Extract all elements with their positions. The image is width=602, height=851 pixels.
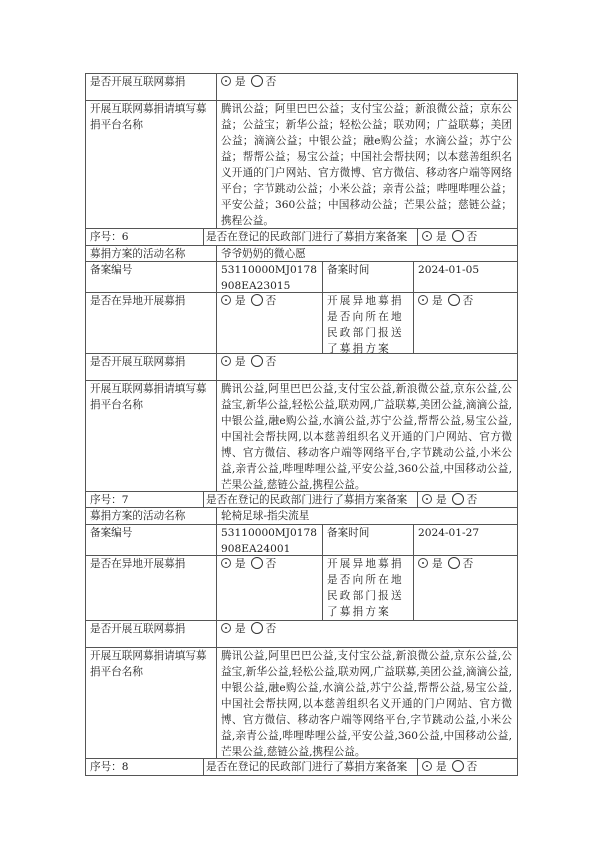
platform-label: 开展互联网募捐请填写募捐平台名称 — [85, 100, 216, 228]
table-border — [322, 524, 323, 620]
internet-fundraising-label: 是否开展互联网募捐 — [85, 73, 216, 100]
radio-no-label: 否 — [463, 558, 474, 570]
offsite-radio: 是否 — [216, 555, 322, 620]
table-border — [85, 647, 518, 648]
record-time: 2024-01-05 — [413, 261, 517, 292]
serial-number: 序号：6 — [85, 228, 203, 245]
table-border — [216, 73, 217, 228]
radio-selected-icon — [221, 623, 231, 633]
radio-yes-label: 是 — [235, 295, 246, 307]
radio-yes-label: 是 — [235, 623, 246, 635]
table-border — [203, 758, 204, 775]
table-border — [85, 620, 518, 621]
radio-empty-icon — [251, 557, 263, 569]
table-border — [413, 524, 414, 620]
table-border — [417, 491, 418, 507]
filed-radio: 是否 — [417, 491, 517, 507]
radio-empty-icon — [448, 294, 460, 306]
offsite-report-radio: 是否 — [413, 292, 517, 353]
record-no: 53110000MJ0178908EA24001 — [216, 524, 322, 555]
table-border — [85, 261, 518, 262]
radio-empty-icon — [251, 355, 263, 367]
radio-no-label: 否 — [266, 356, 277, 368]
table-border — [85, 491, 518, 492]
table-border — [417, 228, 418, 245]
table-border — [85, 507, 518, 508]
table-border — [216, 507, 217, 758]
record-time-label: 备案时间 — [322, 261, 413, 292]
table-border — [85, 524, 518, 525]
record-no-label: 备案编号 — [85, 261, 216, 292]
platform-label: 开展互联网募捐请填写募捐平台名称 — [85, 380, 216, 491]
filed-question: 是否在登记的民政部门进行了募捐方案备案 — [203, 228, 417, 245]
record-time: 2024-01-27 — [413, 524, 517, 555]
document-page: 是否开展互联网募捐 是否 开展互联网募捐请填写募捐平台名称 腾讯公益；阿里巴巴公… — [0, 0, 602, 851]
filed-question: 是否在登记的民政部门进行了募捐方案备案 — [203, 491, 417, 507]
radio-yes-label: 是 — [235, 558, 246, 570]
activity-name: 爷爷奶奶的微心愿 — [216, 245, 517, 261]
radio-selected-icon — [422, 494, 432, 504]
radio-selected-icon — [221, 76, 231, 86]
platform-value: 腾讯公益,阿里巴巴公益,支付宝公益,新浪微公益,京东公益,公益宝,新华公益,轻松… — [216, 380, 517, 491]
radio-yes-label: 是 — [235, 76, 246, 88]
table-border — [85, 555, 518, 556]
radio-yes-label: 是 — [436, 761, 447, 773]
platform-value: 腾讯公益；阿里巴巴公益；支付宝公益；新浪微公益；京东公益；公益宝；新华公益；轻松… — [216, 100, 517, 228]
radio-no-label: 否 — [266, 623, 277, 635]
record-time-label: 备案时间 — [322, 524, 413, 555]
radio-selected-icon — [422, 761, 432, 771]
radio-yes-label: 是 — [436, 494, 447, 506]
table-border — [413, 261, 414, 353]
activity-name-label: 募捐方案的活动名称 — [85, 507, 216, 524]
radio-empty-icon — [452, 493, 464, 505]
radio-empty-icon — [251, 294, 263, 306]
filed-radio: 是否 — [417, 758, 517, 775]
radio-no-label: 否 — [266, 558, 277, 570]
record-no: 53110000MJ0178908EA23015 — [216, 261, 322, 292]
radio-selected-icon — [221, 558, 231, 568]
table-border — [85, 228, 518, 229]
radio-yes-label: 是 — [436, 231, 447, 243]
radio-selected-icon — [418, 295, 428, 305]
internet-fundraising-radio: 是否 — [216, 73, 517, 100]
table-border — [85, 100, 518, 101]
radio-selected-icon — [221, 295, 231, 305]
filed-question: 是否在登记的民政部门进行了募捐方案备案 — [203, 758, 417, 775]
radio-yes-label: 是 — [432, 295, 443, 307]
radio-empty-icon — [251, 622, 263, 634]
record-no-label: 备案编号 — [85, 524, 216, 555]
radio-empty-icon — [452, 760, 464, 772]
table-border — [85, 775, 518, 776]
offsite-report-radio: 是否 — [413, 555, 517, 620]
serial-number: 序号：7 — [85, 491, 203, 507]
table-border — [517, 73, 518, 776]
radio-empty-icon — [452, 230, 464, 242]
activity-name: 轮椅足球-指尖流星 — [216, 507, 517, 524]
serial-number: 序号：8 — [85, 758, 203, 775]
table-border — [203, 228, 204, 245]
radio-selected-icon — [418, 558, 428, 568]
table-border — [85, 73, 86, 776]
radio-no-label: 否 — [467, 494, 478, 506]
radio-no-label: 否 — [266, 76, 277, 88]
platform-value: 腾讯公益,阿里巴巴公益,支付宝公益,新浪微公益,京东公益,公益宝,新华公益,轻松… — [216, 647, 517, 758]
filed-radio: 是否 — [417, 228, 517, 245]
table-border — [322, 261, 323, 353]
internet-fundraising-label: 是否开展互联网募捐 — [85, 620, 216, 647]
internet-fundraising-radio: 是否 — [216, 353, 517, 380]
table-border — [417, 758, 418, 775]
radio-yes-label: 是 — [235, 356, 246, 368]
radio-no-label: 否 — [467, 761, 478, 773]
table-border — [85, 758, 518, 759]
radio-empty-icon — [448, 557, 460, 569]
internet-fundraising-label: 是否开展互联网募捐 — [85, 353, 216, 380]
offsite-report-label: 开展异地募捐是否向所在地民政部门报送了募捐方案 — [322, 555, 413, 620]
offsite-radio: 是否 — [216, 292, 322, 353]
radio-selected-icon — [221, 356, 231, 366]
table-border — [203, 491, 204, 507]
offsite-report-label: 开展异地募捐是否向所在地民政部门报送了募捐方案 — [322, 292, 413, 353]
table-border — [85, 73, 518, 74]
radio-empty-icon — [251, 75, 263, 87]
offsite-label: 是否在异地开展募捐 — [85, 292, 216, 353]
table-border — [85, 245, 518, 246]
internet-fundraising-radio: 是否 — [216, 620, 517, 647]
table-border — [85, 380, 518, 381]
radio-selected-icon — [422, 231, 432, 241]
radio-no-label: 否 — [467, 231, 478, 243]
radio-no-label: 否 — [266, 295, 277, 307]
table-border — [85, 292, 518, 293]
activity-name-label: 募捐方案的活动名称 — [85, 245, 216, 261]
offsite-label: 是否在异地开展募捐 — [85, 555, 216, 620]
platform-label: 开展互联网募捐请填写募捐平台名称 — [85, 647, 216, 758]
radio-no-label: 否 — [463, 295, 474, 307]
radio-yes-label: 是 — [432, 558, 443, 570]
table-border — [85, 353, 518, 354]
table-border — [216, 245, 217, 491]
